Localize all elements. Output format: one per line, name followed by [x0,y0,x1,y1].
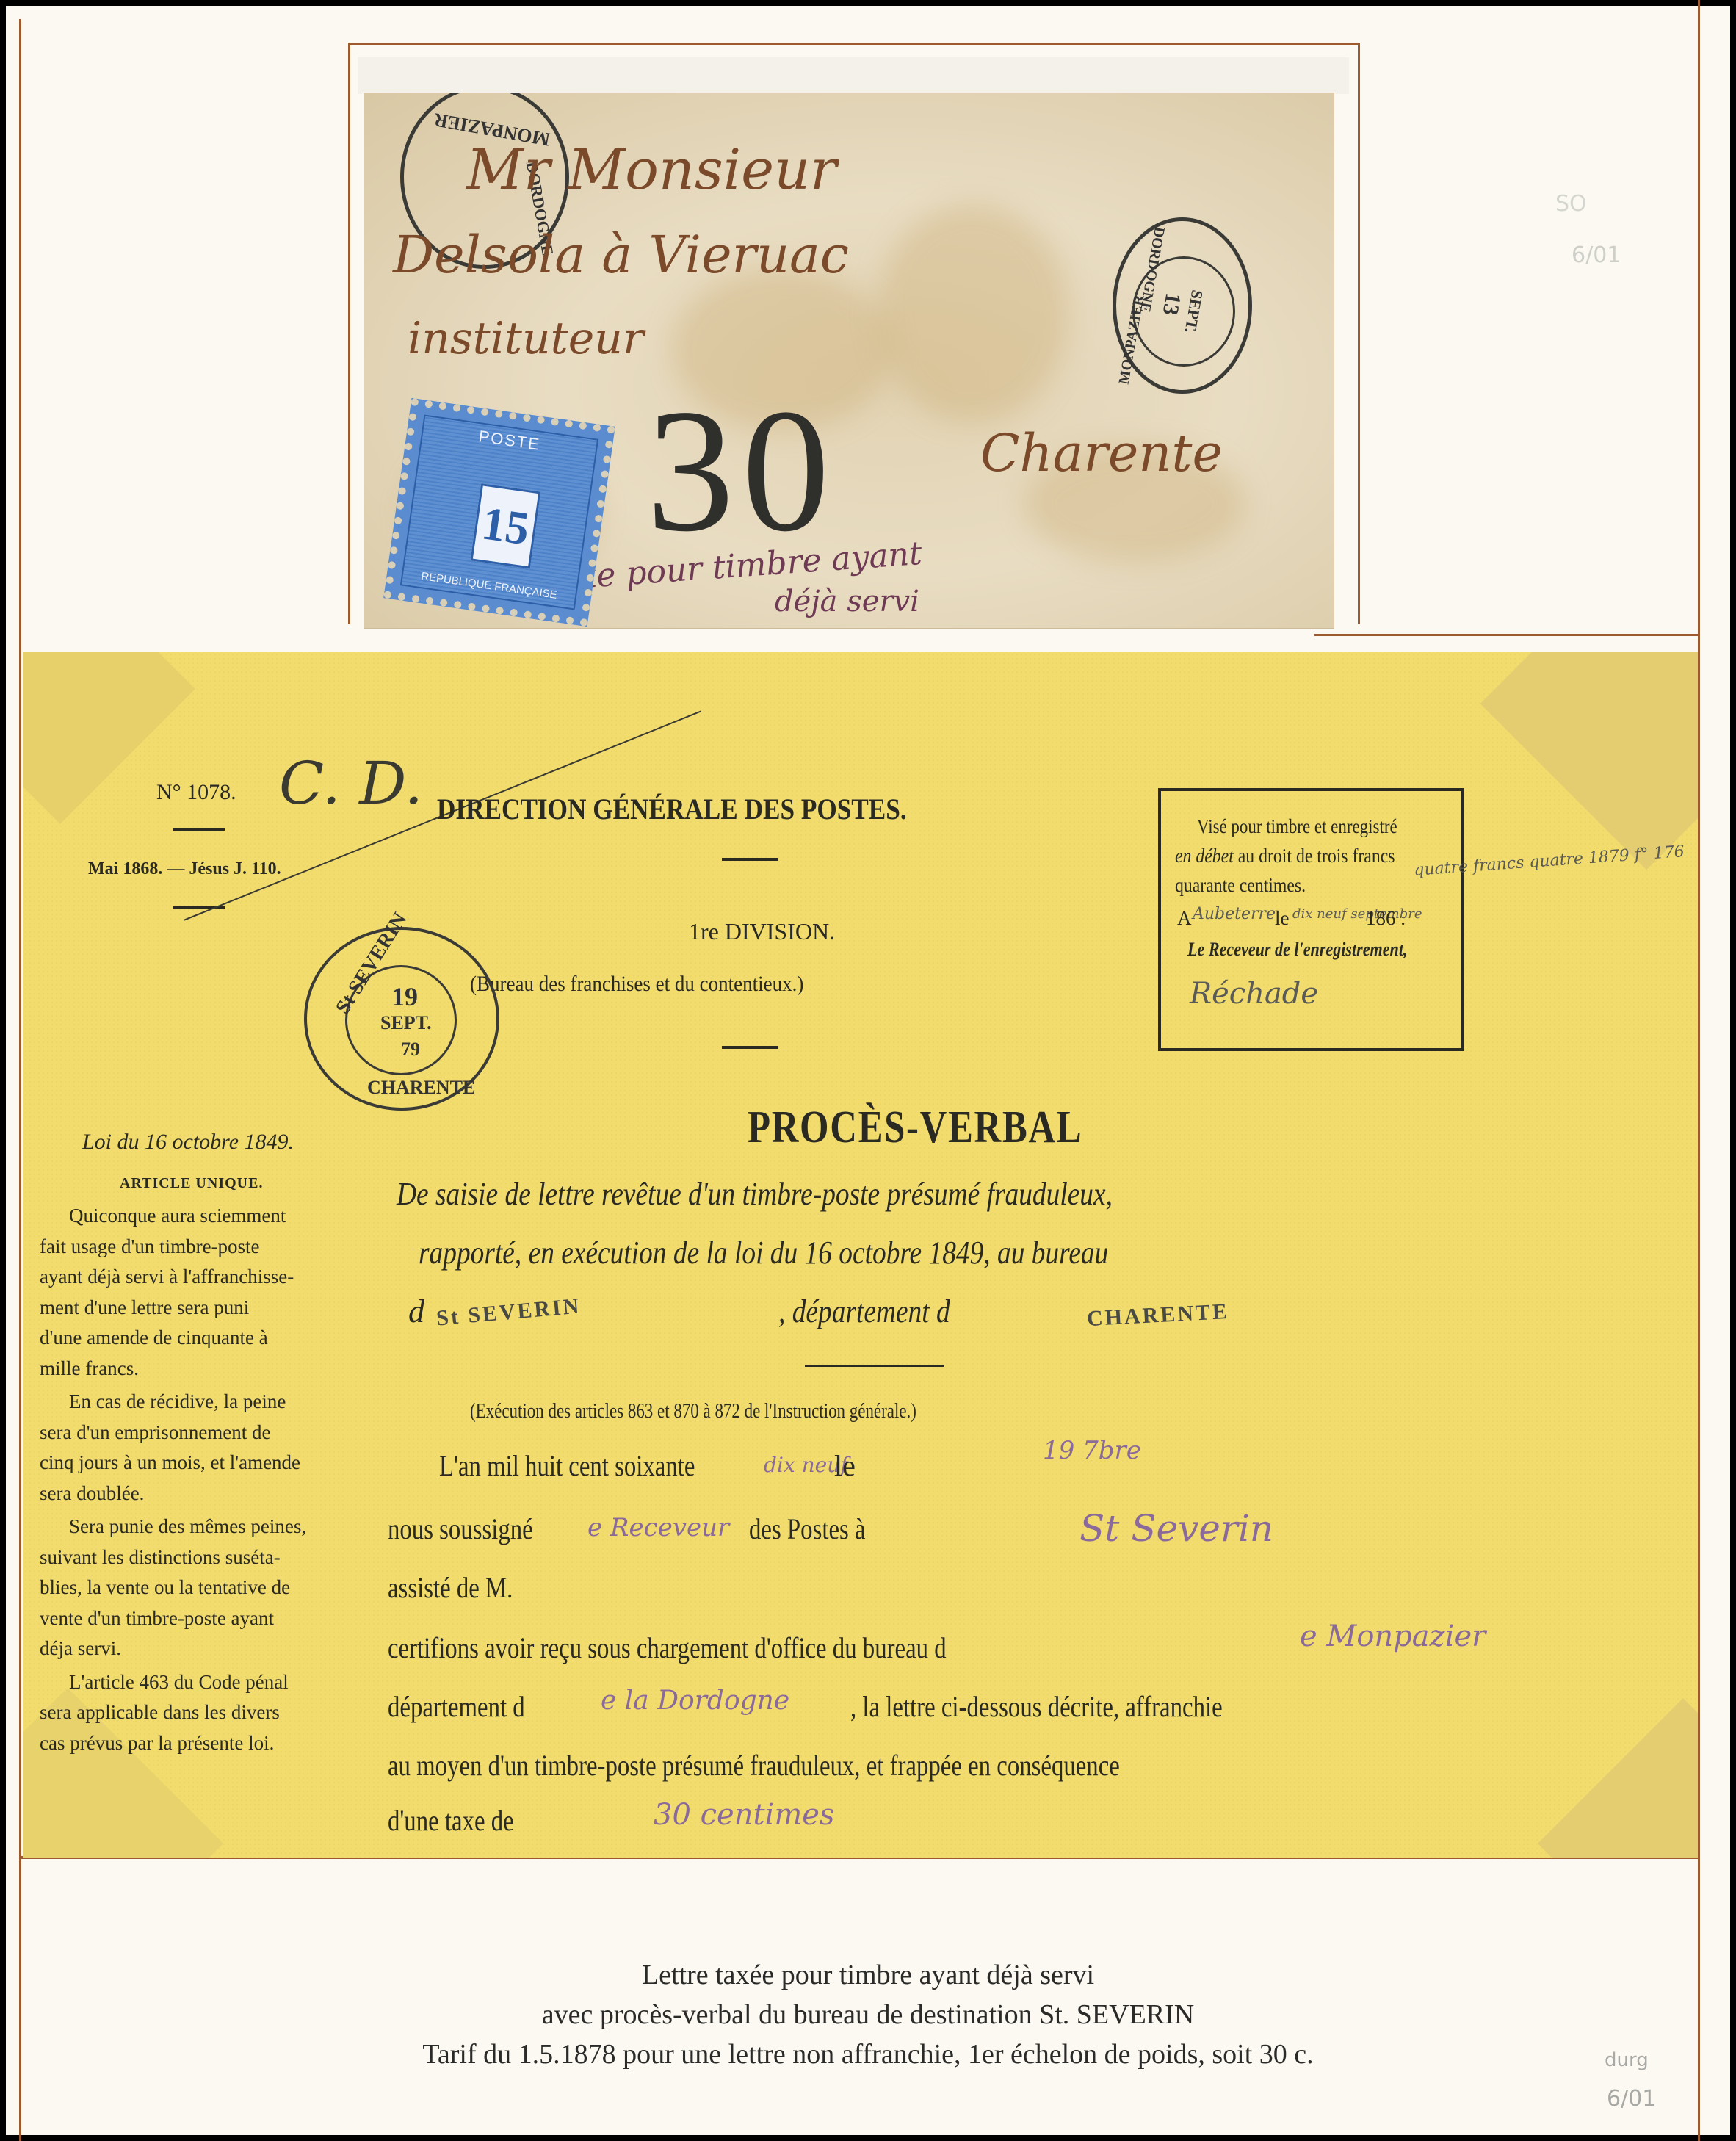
caption-line-2: avec procès-verbal du bureau de destinat… [0,1998,1736,2032]
caption-line-3: Tarif du 1.5.1878 pour une lettre non af… [0,2037,1736,2071]
cover-frame-bottom [1314,634,1700,636]
address-line-4: Charente [980,423,1223,483]
body-line-5-b: , la lettre ci-dessous décrite, affranch… [850,1689,1223,1724]
law-text-line: mille francs. [40,1357,139,1380]
body-line-6: au moyen d'un timbre-poste présumé fraud… [388,1748,1120,1783]
law-text-line: vente d'un timbre-poste ayant [40,1607,274,1630]
visa-line-2-prefix: en débet [1175,845,1234,867]
bureau-label: (Bureau des franchises et du contentieux… [470,972,803,997]
cancel-right: DORDOGNE 13 SEPT. MONPAZIER [1113,217,1252,394]
page-frame-left [19,19,21,2141]
law-text-line: d'une amende de cinquante à [40,1326,268,1349]
law-text-line: L'article 463 du Code pénal [69,1671,289,1694]
body-line-7: d'une taxe de [388,1803,514,1838]
visa-le: le [1275,907,1290,930]
address-line-3: instituteur [408,313,644,364]
visa-line-2: au droit de trois francs [1238,845,1395,867]
visa-receveur: Le Receveur de l'enregistrement, [1187,939,1408,961]
body-line-5-dept: e la Dordogne [601,1686,789,1716]
body-line-2-b: des Postes à [749,1512,866,1546]
law-text-line: sera doublée. [40,1482,144,1505]
subtitle-line-1: De saisie de lettre revêtue d'un timbre-… [397,1175,1113,1213]
bureau-line-prefix: d [408,1293,424,1330]
body-line-1-date: 19 7bre [1043,1436,1141,1465]
body-line-5-a: département d [388,1689,525,1724]
header-title: DIRECTION GÉNÉRALE DES POSTES. [437,792,907,826]
page-frame-right [1698,0,1700,2141]
visa-signature: Réchade [1190,977,1318,1011]
form-number: N° 1078. [156,780,236,805]
subtitle-line-2: rapporté, en exécution de la loi du 16 o… [419,1234,1108,1271]
bureau-line-middle: , département d [778,1293,950,1330]
pencil-note-top-1: SO [1555,191,1587,217]
law-text-line: sera applicable dans les divers [40,1701,280,1724]
body-line-4-office: e Monpazier [1300,1620,1486,1653]
tax-mark-30: 30 [646,382,837,558]
caption-line-1: Lettre taxée pour timbre ayant déjà serv… [0,1958,1736,1992]
law-text-line: ayant déjà servi à l'affranchisse- [40,1266,294,1288]
law-text-line: blies, la vente ou la tentative de [40,1576,290,1599]
law-title: Loi du 16 octobre 1849. [82,1130,294,1155]
pencil-note-bottom-2: 6/01 [1607,2086,1656,2112]
division-label: 1re DIVISION. [689,918,835,945]
instruction-note: (Exécution des articles 863 et 870 à 872… [470,1400,916,1423]
body-line-1: L'an mil huit cent soixante [439,1448,695,1483]
body-line-4: certifions avoir reçu sous chargement d'… [388,1631,947,1665]
address-line-1: Mr Monsieur [466,137,836,202]
body-line-2-a: nous soussigné [388,1512,533,1546]
main-title: PROCÈS-VERBAL [748,1102,1082,1154]
tax-annotation-line-2: déjà servi [775,585,919,618]
body-line-2-place: St Severin [1079,1507,1273,1550]
body-line-2-role: e Receveur [587,1513,729,1542]
law-text-line: cinq jours à un mois, et l'amende [40,1451,300,1474]
handwritten-code: C. D. [279,749,423,817]
cover-sleeve [358,57,1349,94]
law-text-line: déja servi. [40,1637,121,1660]
law-text-line: Quiconque aura sciemment [69,1205,286,1227]
postmark-st-severin: St SEVERIN 19 SEPT. 79 CHARENTE [304,927,499,1111]
body-line-1-le: le [834,1448,856,1483]
visa-year: 186 . [1366,907,1406,930]
pencil-note-top-2: 6/01 [1572,242,1621,268]
visa-line-4-prefix: A [1177,907,1192,930]
law-text-line: En cas de récidive, la peine [69,1390,286,1413]
law-subtitle: ARTICLE UNIQUE. [120,1175,263,1192]
visa-line-1: Visé pour timbre et enregistré [1197,815,1397,838]
law-text-line: ment d'une lettre sera puni [40,1296,249,1319]
law-text-line: cas prévus par la présente loi. [40,1732,274,1755]
law-text-line: suivant les distinctions suséta- [40,1546,281,1569]
law-text-line: fait usage d'un timbre-poste [40,1235,260,1258]
law-text-line: sera d'un emprisonnement de [40,1421,271,1444]
postage-stamp-15c: POSTE 15 REPUBLIQUE FRANÇAISE [383,398,615,627]
visa-place: Aubeterre [1193,905,1276,923]
pencil-note-bottom-1: durg [1605,2049,1649,2071]
body-line-7-tax: 30 centimes [654,1798,834,1832]
address-line-2: Delsola à Vieruac [393,225,849,285]
body-line-3: assisté de M. [388,1570,513,1605]
visa-line-3: quarante centimes. [1175,874,1306,897]
form-edition: Mai 1868. — Jésus J. 110. [88,859,281,879]
law-text-line: Sera punie des mêmes peines, [69,1515,306,1538]
